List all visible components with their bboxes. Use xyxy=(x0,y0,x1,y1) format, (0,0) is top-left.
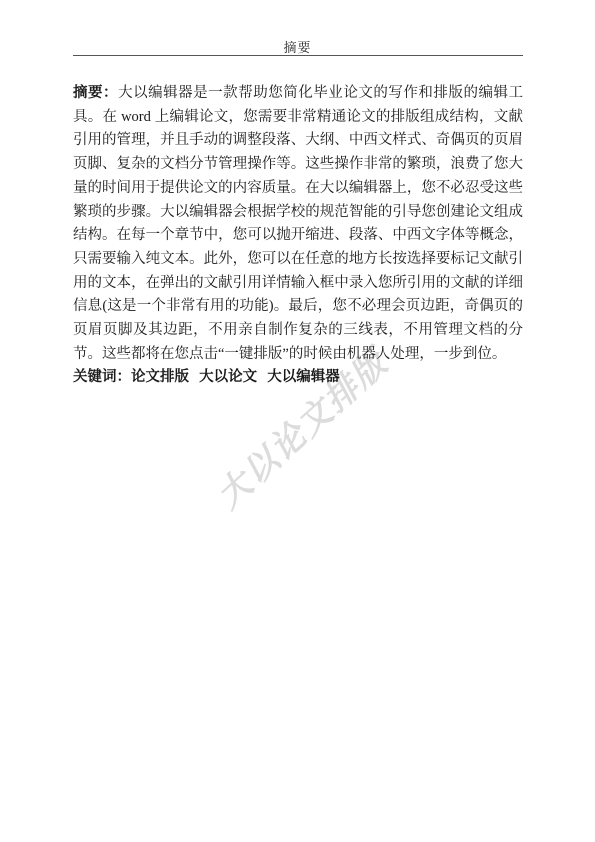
abstract-body-text: 大以编辑器是一款帮助您简化毕业论文的写作和排版的编辑工具。在 word 上编辑论… xyxy=(73,85,523,362)
keywords-list: 论文排版 大以论文 大以编辑器 xyxy=(131,369,340,385)
page-header-title: 摘要 xyxy=(0,37,595,56)
keywords-label: 关键词： xyxy=(73,369,131,385)
abstract-paragraph: 摘要：大以编辑器是一款帮助您简化毕业论文的写作和排版的编辑工具。在 word 上… xyxy=(73,82,523,366)
document-page: 摘要 大以论文排版 摘要：大以编辑器是一款帮助您简化毕业论文的写作和排版的编辑工… xyxy=(0,0,595,842)
header-rule xyxy=(73,55,523,56)
keywords-paragraph: 关键词：论文排版 大以论文 大以编辑器 xyxy=(73,366,523,390)
abstract-content: 摘要：大以编辑器是一款帮助您简化毕业论文的写作和排版的编辑工具。在 word 上… xyxy=(73,82,523,390)
abstract-label: 摘要： xyxy=(73,85,118,101)
